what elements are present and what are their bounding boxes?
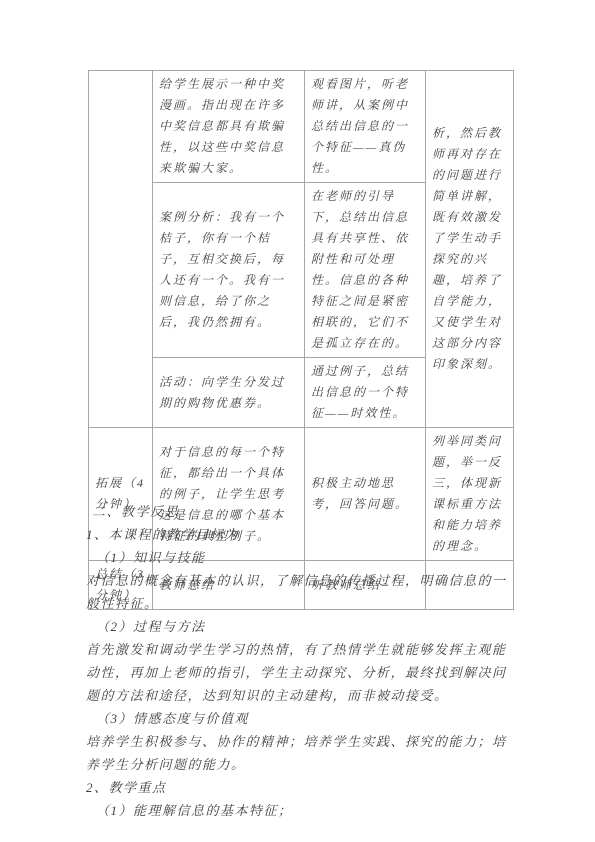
cell-teacher-activity-1: 给学生展示一种中奖漫画。指出现在许多中奖信息都具有欺骗性，以这些中奖信息来欺骗大…: [153, 71, 305, 183]
section-heading: 二、教学反思: [86, 500, 512, 523]
reflection-line-emotion-values: （3）情感态度与价值观: [86, 707, 512, 730]
table-row: 给学生展示一种中奖漫画。指出现在许多中奖信息都具有欺骗性，以这些中奖信息来欺骗大…: [89, 71, 514, 183]
reflection-line-process-detail: 首先激发和调动学生学习的热情，有了热情学生就能够发挥主观能动性，再加上老师的指引…: [86, 638, 512, 707]
cell-stage-continued: [89, 71, 153, 428]
reflection-line-process-method: （2）过程与方法: [86, 615, 512, 638]
reflection-line-knowledge-detail: 对信息的概念有基本的认识，了解信息的传播过程，明确信息的一般性特征。: [86, 569, 512, 615]
cell-teacher-activity-3: 活动：向学生分发过期的购物优惠券。: [153, 358, 305, 428]
reflection-line-goal: 1、本课程的教学目标为: [86, 523, 512, 546]
reflection-line-key-points: 2、教学重点: [86, 776, 512, 799]
cell-design-intent-merged: 析，然后教师再对存在的问题进行简单讲解，既有效激发了学生动手探究的兴趣，培养了自…: [426, 71, 514, 428]
cell-student-activity-1: 观看图片，听老师讲，从案例中总结出信息的一个特征——真伪性。: [305, 71, 426, 183]
cell-student-activity-2: 在老师的引导下，总结出信息具有共享性、依附性和可处理性。信息的各种特征之间是紧密…: [305, 183, 426, 358]
reflection-section: 二、教学反思 1、本课程的教学目标为 （1）知识与技能 对信息的概念有基本的认识…: [86, 500, 512, 822]
reflection-line-emotion-detail: 培养学生积极参与、协作的精神；培养学生实践、探究的能力；培养学生分析问题的能力。: [86, 730, 512, 776]
cell-student-activity-3: 通过例子，总结出信息的一个特征——时效性。: [305, 358, 426, 428]
reflection-line-key-point-1: （1）能理解信息的基本特征；: [86, 799, 512, 822]
reflection-line-knowledge-skill: （1）知识与技能: [86, 546, 512, 569]
cell-teacher-activity-2: 案例分析：我有一个桔子，你有一个桔子，互相交换后，每人还有一个。我有一则信息，给…: [153, 183, 305, 358]
document-page: 给学生展示一种中奖漫画。指出现在许多中奖信息都具有欺骗性，以这些中奖信息来欺骗大…: [0, 0, 595, 842]
